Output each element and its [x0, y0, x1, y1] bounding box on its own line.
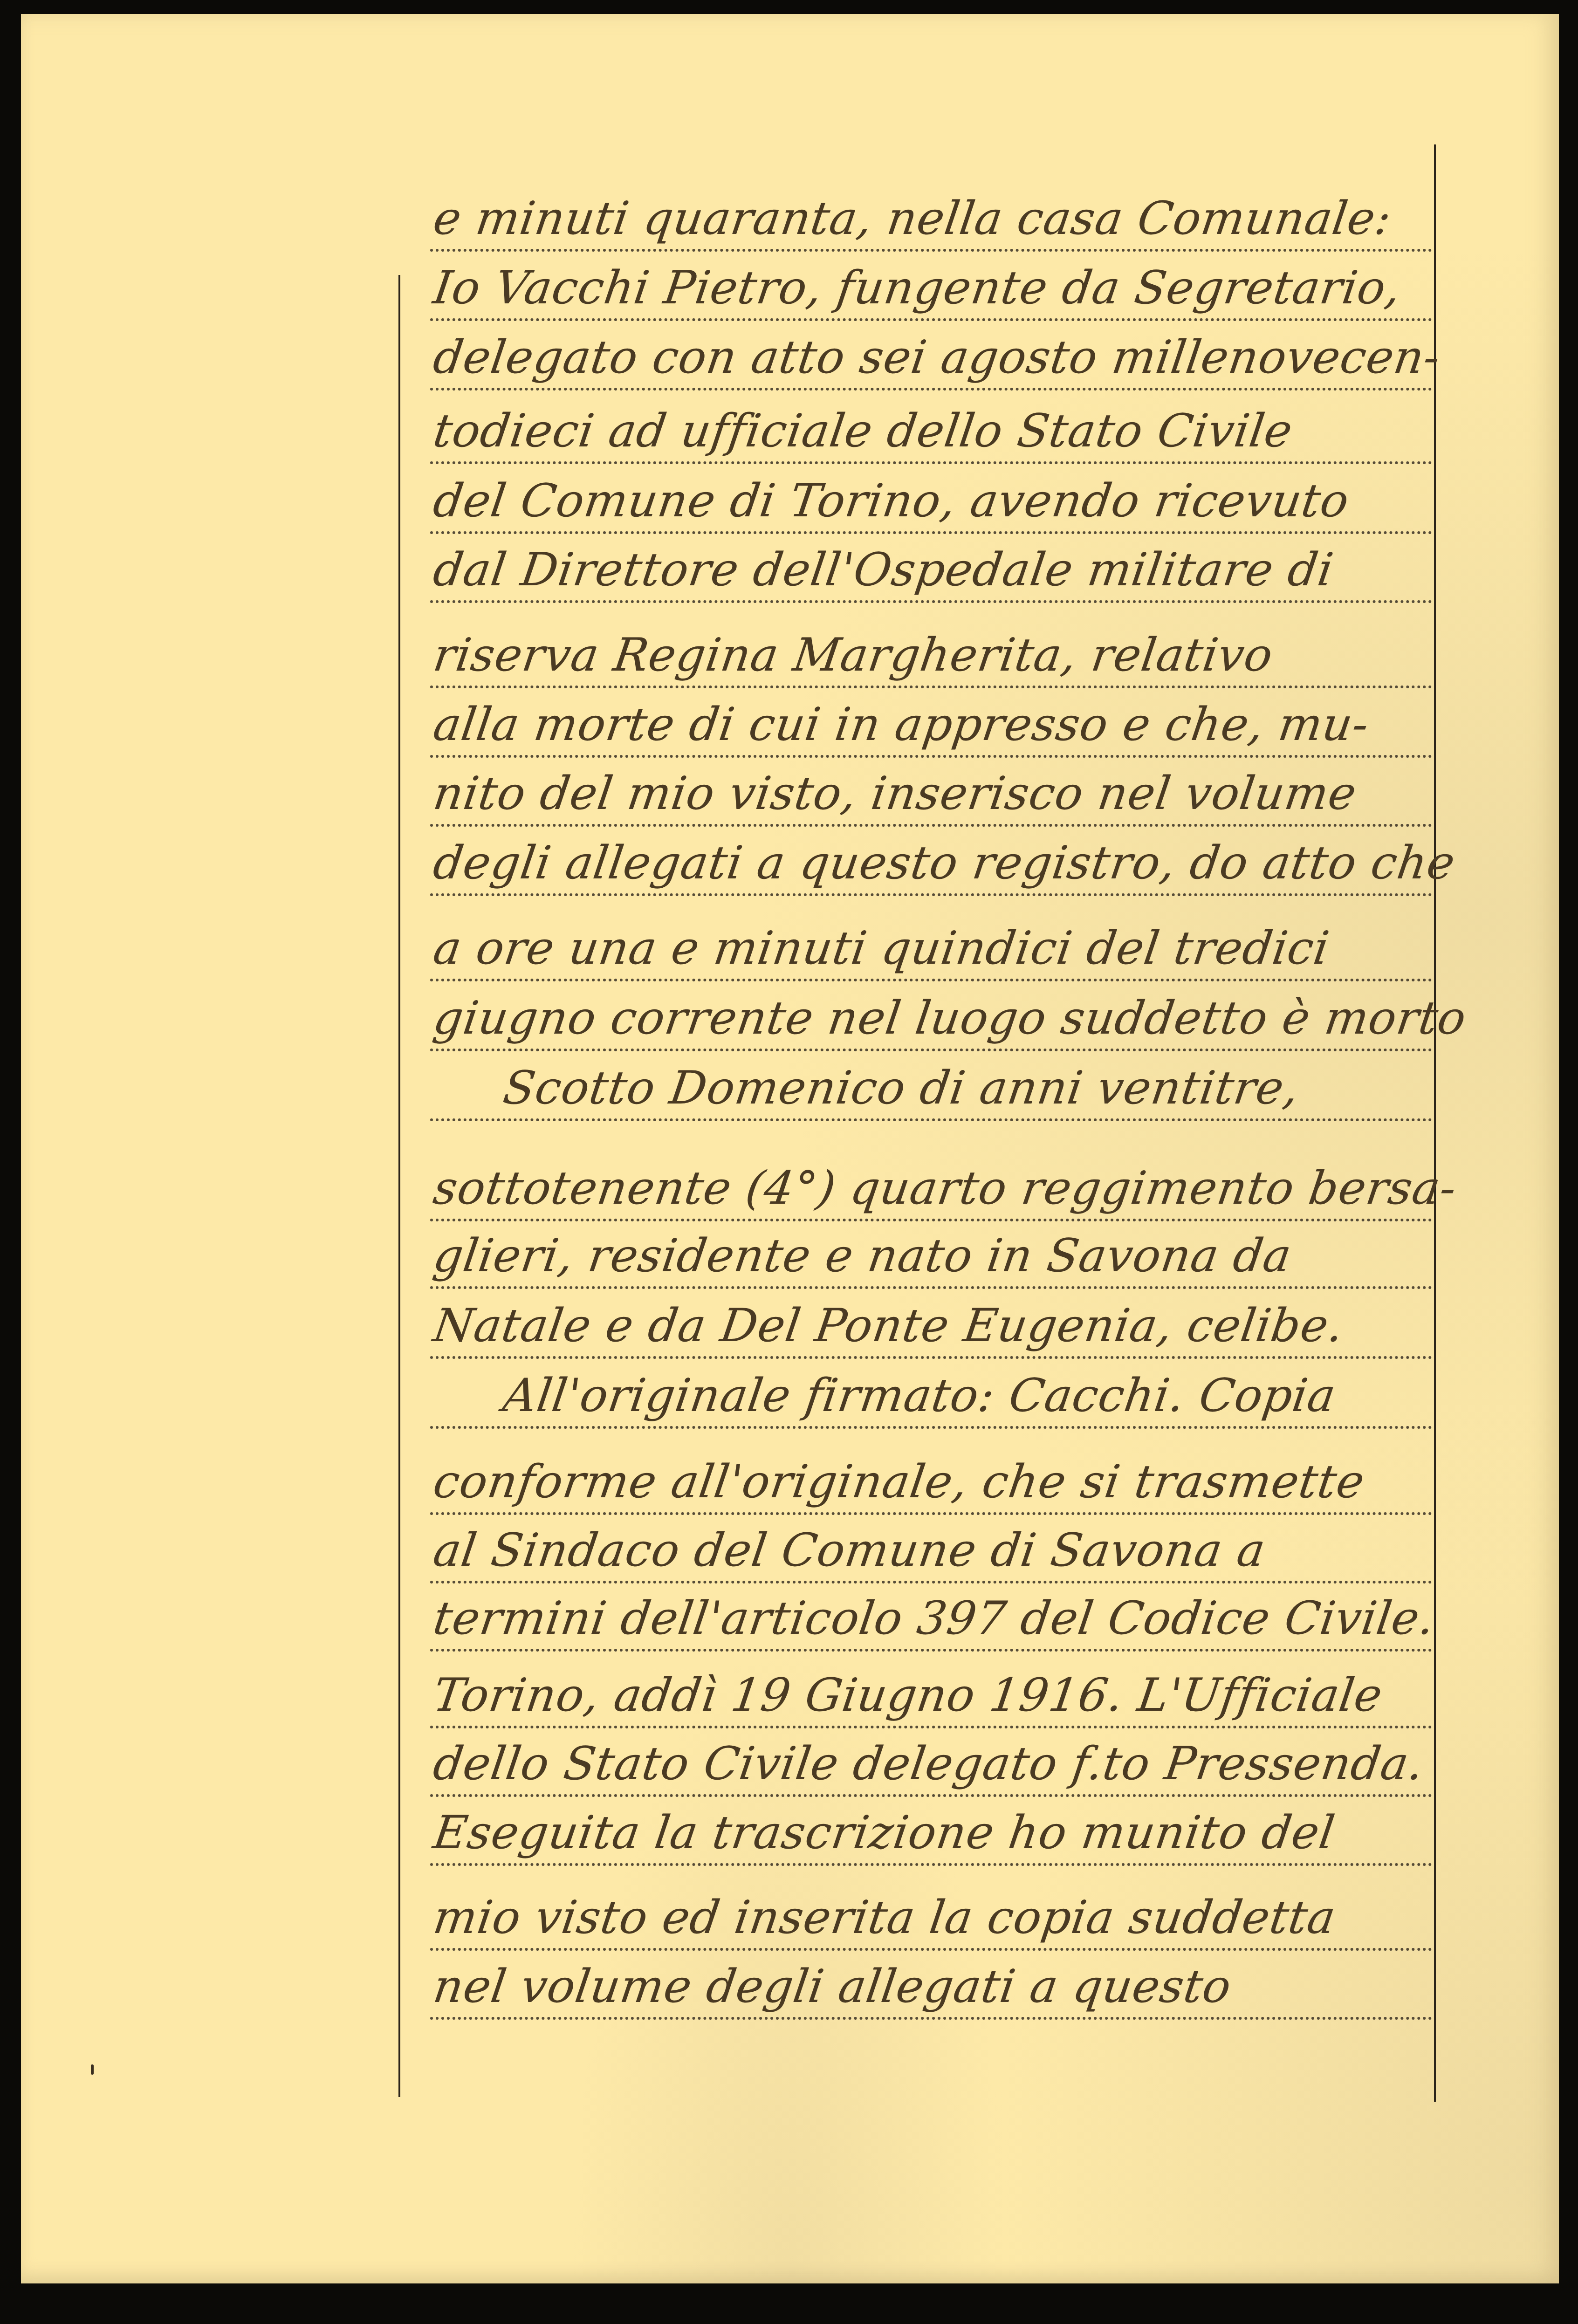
right-margin-rule: [1434, 144, 1436, 2102]
text-line: All'originale firmato: Cacchi. Copia: [430, 1337, 1432, 1429]
text-line: degli allegati a questo registro, do att…: [430, 805, 1432, 896]
document-page: e minuti quaranta, nella casa Comunale: …: [21, 14, 1559, 2283]
ink-speck: [91, 2064, 94, 2075]
text-line-content: dal Direttore dell'Ospedale militare di: [430, 543, 1337, 596]
text-line-content: Scotto Domenico di anni ventitre,: [500, 1062, 1303, 1115]
text-line-content: degli allegati a questo registro, do att…: [430, 836, 1459, 890]
text-line: Scotto Domenico di anni ventitre,: [430, 1030, 1432, 1121]
left-margin-rule: [398, 275, 400, 2097]
text-line: dal Direttore dell'Ospedale militare di: [430, 512, 1432, 603]
text-line: Eseguita la trascrizione ho munito del: [430, 1775, 1432, 1866]
dotted-baseline: [430, 2017, 1432, 2020]
text-line-content: Eseguita la trascrizione ho munito del: [430, 1806, 1338, 1859]
text-line-content: All'originale firmato: Cacchi. Copia: [500, 1369, 1339, 1422]
dotted-baseline: [430, 1118, 1432, 1121]
text-line-content: nel volume degli allegati a questo: [430, 1960, 1235, 2013]
text-line: nel volume degli allegati a questo: [430, 1928, 1432, 2020]
